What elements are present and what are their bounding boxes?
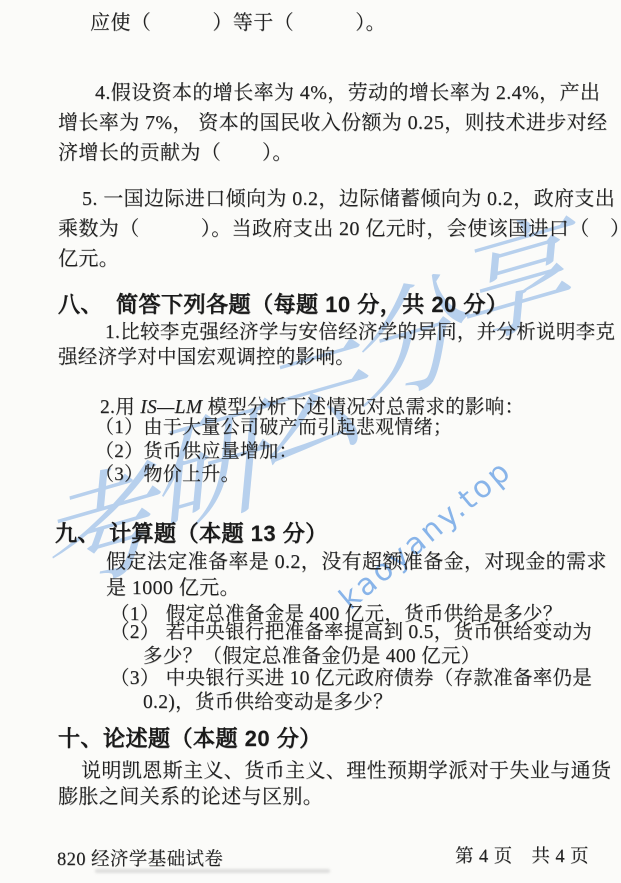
question-4-line2: 增长率为 7%， 资本的国民收入份额为 0.25，则技术进步对经: [58, 108, 607, 138]
q8-2-prefix: 2.用: [100, 397, 140, 418]
q8-2-subitem-1: （1）由于大量公司破产而引起悲观情绪；: [95, 416, 452, 440]
q8-2-subitem-3: （3）物价上升。: [95, 463, 452, 487]
exam-page-scan: 考 研 云 分 享 kaoyany.top 应使（ ）等于（ ）。 4.假设资本…: [0, 0, 621, 883]
q9-item-2-text: 若中央银行把准备率提高到 0.5，货币供给变动为: [166, 622, 592, 643]
question-4-line1: 4.假设资本的增长率为 4%，劳动的增长率为 2.4%，产出: [58, 78, 607, 108]
q8-2-subitem-2: （2）货币供应量增加：: [95, 440, 452, 464]
q8-2-subitems: （1）由于大量公司破产而引起悲观情绪； （2）货币供应量增加： （3）物价上升。: [95, 416, 452, 487]
question-4-line3: 济增长的贡献为（ ）。: [58, 138, 607, 168]
q10-body: 说明凯恩斯主义、货币主义、理性预期学派对于失业与通货 膨胀之间关系的论述与区别。: [58, 759, 611, 810]
q10-line2: 膨胀之间关系的论述与区别。: [58, 785, 611, 811]
question-5-line1: 5. 一国边际进口倾向为 0.2，边际储蓄倾向为 0.2，政府支出: [58, 184, 621, 214]
q9-item-3-text-cont: 0.2)，货币供给变动是多少？: [110, 691, 592, 715]
q8-2-suffix: 模型分析下述情况对总需求的影响：: [202, 397, 524, 418]
q9-item-3-marker: （3）: [110, 668, 160, 689]
question-5-line2: 乘数为（ ）。当政府支出 20 亿元时，会使该国进口（ ）: [58, 214, 621, 244]
section-8-title: 简答下列各题（每题 10 分，共 20 分）: [116, 292, 508, 317]
q8-1: 1.比较李克强经济学与安倍经济学的异同，并分析说明李克 强经济学对中国宏观调控的…: [58, 320, 615, 370]
fill-blank-line: 应使（ ）等于（ ）。: [90, 8, 386, 38]
question-5-line3: 亿元。: [58, 244, 621, 274]
section-8-header: 八、简答下列各题（每题 10 分，共 20 分）: [58, 288, 508, 319]
section-9-header: 九、计算题（本题 13 分）: [55, 517, 328, 548]
q8-2: 2.用 IS—LM 模型分析下述情况对总需求的影响：: [100, 391, 524, 419]
question-4: 4.假设资本的增长率为 4%，劳动的增长率为 2.4%，产出 增长率为 7%， …: [58, 78, 607, 168]
q8-2-model-name: IS—LM: [140, 397, 202, 418]
section-10-header: 十、论述题（本题 20 分）: [58, 722, 322, 753]
footer-page-number: 第 4 页 共 4 页: [455, 842, 589, 868]
section-8-number: 八、: [58, 292, 103, 317]
section-10-title: 十、论述题（本题 20 分）: [58, 726, 322, 751]
footer-paper-title: 820 经济学基础试卷: [57, 845, 223, 871]
q10-line1: 说明凯恩斯主义、货币主义、理性预期学派对于失业与通货: [58, 759, 611, 785]
q9-item-3: （3）中央银行买进 10 亿元政府债券（存款准备率仍是 0.2)，货币供给变动是…: [110, 667, 592, 714]
section-9-title: 计算题（本题 13 分）: [109, 521, 328, 546]
q8-1-line1: 1.比较李克强经济学与安倍经济学的异同，并分析说明李克: [58, 320, 615, 345]
q9-intro: 假定法定准备率是 0.2，没有超额准备金，对现金的需求 是 1000 亿元。: [106, 549, 607, 601]
q9-item-3-text: 中央银行买进 10 亿元政府债券（存款准备率仍是: [166, 668, 592, 689]
q9-item-2-text-cont: 多少？（假定总准备金仍是 400 亿元）: [110, 645, 592, 669]
question-5: 5. 一国边际进口倾向为 0.2，边际储蓄倾向为 0.2，政府支出 乘数为（ ）…: [58, 184, 621, 274]
q9-item-2-marker: （2）: [110, 622, 160, 643]
q9-item-2: （2）若中央银行把准备率提高到 0.5，货币供给变动为 多少？（假定总准备金仍是…: [110, 621, 592, 668]
section-9-number: 九、: [55, 521, 100, 546]
q9-intro-line1: 假定法定准备率是 0.2，没有超额准备金，对现金的需求: [106, 549, 607, 575]
q8-1-line2: 强经济学对中国宏观调控的影响。: [58, 345, 615, 370]
